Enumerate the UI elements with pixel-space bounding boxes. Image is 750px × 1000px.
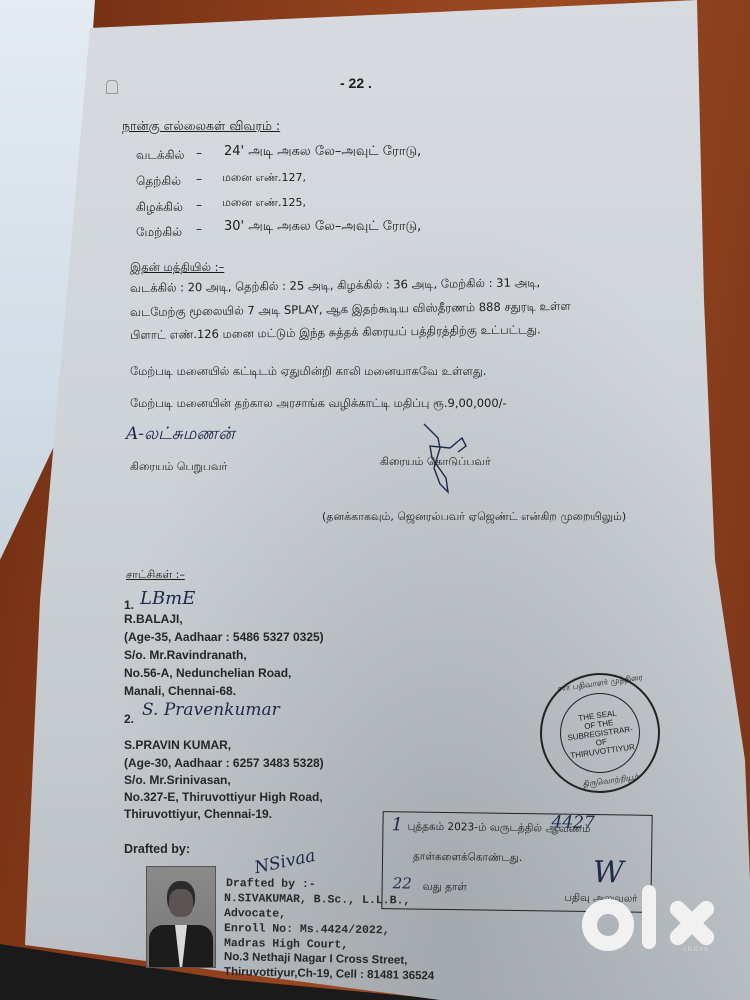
boundary-east-direction: கிழக்கில் xyxy=(136,200,183,216)
reg-book-hand: 1 xyxy=(391,814,403,835)
boundary-east-sep: – xyxy=(196,198,202,212)
corner-mark xyxy=(106,80,118,94)
boundary-east-value: மனை எண்.125, xyxy=(222,196,306,211)
drafted-by-label: Drafted by: xyxy=(124,842,190,856)
reg-line-3: வது தாள் xyxy=(423,881,467,895)
boundary-west-sep: – xyxy=(196,222,202,236)
reg-pages-hand: 22 xyxy=(393,874,412,892)
statement-vacant-land: மேற்படி மனையில் கட்டிடம் ஏதுமின்றி காலி … xyxy=(130,364,486,380)
boundaries-heading: நான்கு எல்லைகள் விவரம் : xyxy=(122,118,280,135)
olx-watermark-sub: INDIA xyxy=(684,947,710,953)
boundary-west-direction: மேற்கில் xyxy=(136,225,182,241)
witness-2-signature: S. Pravenkumar xyxy=(142,700,280,720)
witness-1-number: 1. xyxy=(124,598,134,612)
boundary-north-sep: – xyxy=(196,146,202,160)
witness-2-number: 2. xyxy=(124,712,134,726)
seal-inner: THE SEAL OF THE SUBREGISTRAR- OF THIRUVO… xyxy=(555,688,645,778)
witness-1-parent: S/o. Mr.Ravindranath, xyxy=(124,648,247,662)
witness-1-name: R.BALAJI, xyxy=(124,612,183,626)
witness-1-address-1: No.56-A, Nedunchelian Road, xyxy=(124,666,291,680)
advocate-photo xyxy=(146,866,216,968)
witness-2-age-aadhaar: (Age-30, Aadhaar : 6257 3483 5328) xyxy=(124,756,324,770)
reg-line-2: தாள்களைக்கொண்டது. xyxy=(413,851,522,866)
witness-2-address-2: Thiruvottiyur, Chennai-19. xyxy=(124,807,272,821)
boundary-south-value: மனை எண்.127, xyxy=(222,171,306,186)
boundary-north-direction: வடக்கில் xyxy=(136,148,185,164)
drafted-enroll-no: Enroll No: Ms.4424/2022, xyxy=(224,922,390,937)
witness-1-signature: LBmE xyxy=(140,588,195,609)
drafted-court: Madras High Court, xyxy=(224,937,348,952)
olx-watermark: INDIA xyxy=(582,885,712,965)
boundary-west-value: 30' அடி அகல லே–அவுட் ரோடு, xyxy=(224,219,421,235)
seller-capacity-note: (தனக்காகவும், ஜெனரல்பவர் ஏஜெண்ட் என்கிற … xyxy=(322,510,626,525)
drafted-designation: Advocate, xyxy=(224,907,286,921)
drafted-line-1: Drafted by :- xyxy=(226,877,316,891)
buyer-label: கிரையம் பெறுபவர் xyxy=(130,460,227,475)
boundary-north-value: 24' அடி அகல லே–அவுட் ரோடு, xyxy=(224,144,421,160)
boundary-south-sep: – xyxy=(196,172,202,186)
buyer-signature: A-லட்சுமணன் xyxy=(126,424,235,446)
witness-1-age-aadhaar: (Age-35, Aadhaar : 5486 5327 0325) xyxy=(124,630,324,644)
witness-2-address-1: No.327-E, Thiruvottiyur High Road, xyxy=(124,790,323,804)
page-number: - 22 . xyxy=(340,75,372,91)
statement-guideline-value: மேற்படி மனையின் தற்கால அரசாங்க வழிக்காட்… xyxy=(130,396,507,412)
witnesses-heading: சாட்சிகள் :– xyxy=(126,568,185,583)
reg-doc-number-hand: 4427 xyxy=(551,812,595,833)
witness-1-address-2: Manali, Chennai-68. xyxy=(124,684,236,698)
measurements-heading: இதன் மத்தியில் :– xyxy=(130,260,224,276)
witness-2-name: S.PRAVIN KUMAR, xyxy=(124,738,231,752)
boundary-south-direction: தெற்கில் xyxy=(136,174,181,190)
witness-2-parent: S/o. Mr.Srinivasan, xyxy=(124,773,231,787)
seller-label: கிரையம் கொடுப்பவர் xyxy=(380,455,491,470)
